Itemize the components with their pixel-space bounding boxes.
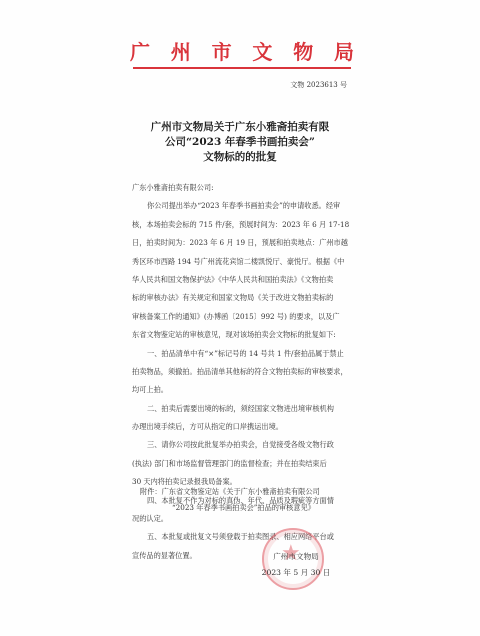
body-line: 标的审核办法》有关规定和国家文物局《关于改进文物拍卖标的 [132,289,350,307]
clause-2: 二、拍卖后需要出境的标的，须经国家文物进出境审核机构 [132,400,350,418]
body-line: 秀区环市西路 194 号广州流花宾馆二楼凯悦厅、豪悦厅。根据《中 [132,253,350,271]
document-title: 广州市文物局关于广东小雅斋拍卖有限 公司“2023 年春季书画拍卖会” 文物标的… [90,120,390,165]
masthead-char: 州 [171,36,191,65]
signature-block: 广州市文物局 2023 年 5 月 30 日 [256,549,336,581]
salutation: 广东小雅斋拍卖有限公司: [132,179,350,197]
body-line: 拍卖物品，须撤拍。拍品清单其他标的符合文物拍卖标的审核要求， [132,363,350,381]
body-line: 日，拍卖时间为：2023 年 6 月 19 日，预展和拍卖地点：广州市越 [132,234,350,252]
signing-issuer: 广州市文物局 [256,549,336,565]
body-line: 你公司提出举办“2023 年春季书画拍卖会”的申请收悉。经审 [132,197,350,215]
document-number: 文物 2023613 号 [290,80,347,90]
document-page: 广 州 市 文 物 局 文物 2023613 号 广州市文物局关于广东小雅斋拍卖… [0,0,480,636]
body-line: 核，本场拍卖会标的 715 件/套，预展时间为：2023 年 6 月 17-18 [132,216,350,234]
body-line: 办理出境手续后，方可从指定的口岸携运出境。 [132,418,350,436]
red-divider-rule [133,67,351,69]
title-line: 文物标的的批复 [90,150,390,165]
attachment-line: 附件：广东省文物鉴定站《关于广东小雅斋拍卖有限公司 [140,484,360,500]
clause-3: 三、请你公司按此批复举办拍卖会，自觉接受各级文物行政 [132,436,350,454]
masthead-char: 物 [293,36,313,65]
title-line: 公司“2023 年春季书画拍卖会” [90,135,390,150]
masthead-char: 广 [130,36,150,65]
attachment-note: 附件：广东省文物鉴定站《关于广东小雅斋拍卖有限公司 “2023 年春季书画拍卖会… [140,484,360,516]
body-line: (执法) 部门和市场监督管理部门的监督检查；并在拍卖结束后 [132,455,350,473]
masthead-char: 文 [252,36,272,65]
body-line: 东省文物鉴定站的审核意见，现对该场拍卖会文物标的批复如下: [132,326,350,344]
clause-1: 一、拍品清单中有“×”标记号的 14 号共 1 件/套拍品属于禁止 [132,345,350,363]
body-line: 均可上拍。 [132,381,350,399]
masthead-char: 局 [334,36,354,65]
body-line: 华人民共和国文物保护法》《中华人民共和国拍卖法》《文物拍卖 [132,271,350,289]
body-line: 审核备案工作的通知》(办博函〔2015〕992 号) 的要求，以及广 [132,308,350,326]
signing-date: 2023 年 5 月 30 日 [256,565,336,581]
attachment-line: “2023 年春季书画拍卖会”拍品的审核意见》 [140,500,360,516]
title-line: 广州市文物局关于广东小雅斋拍卖有限 [90,120,390,135]
issuer-masthead: 广 州 市 文 物 局 [130,36,354,65]
masthead-char: 市 [212,36,232,65]
